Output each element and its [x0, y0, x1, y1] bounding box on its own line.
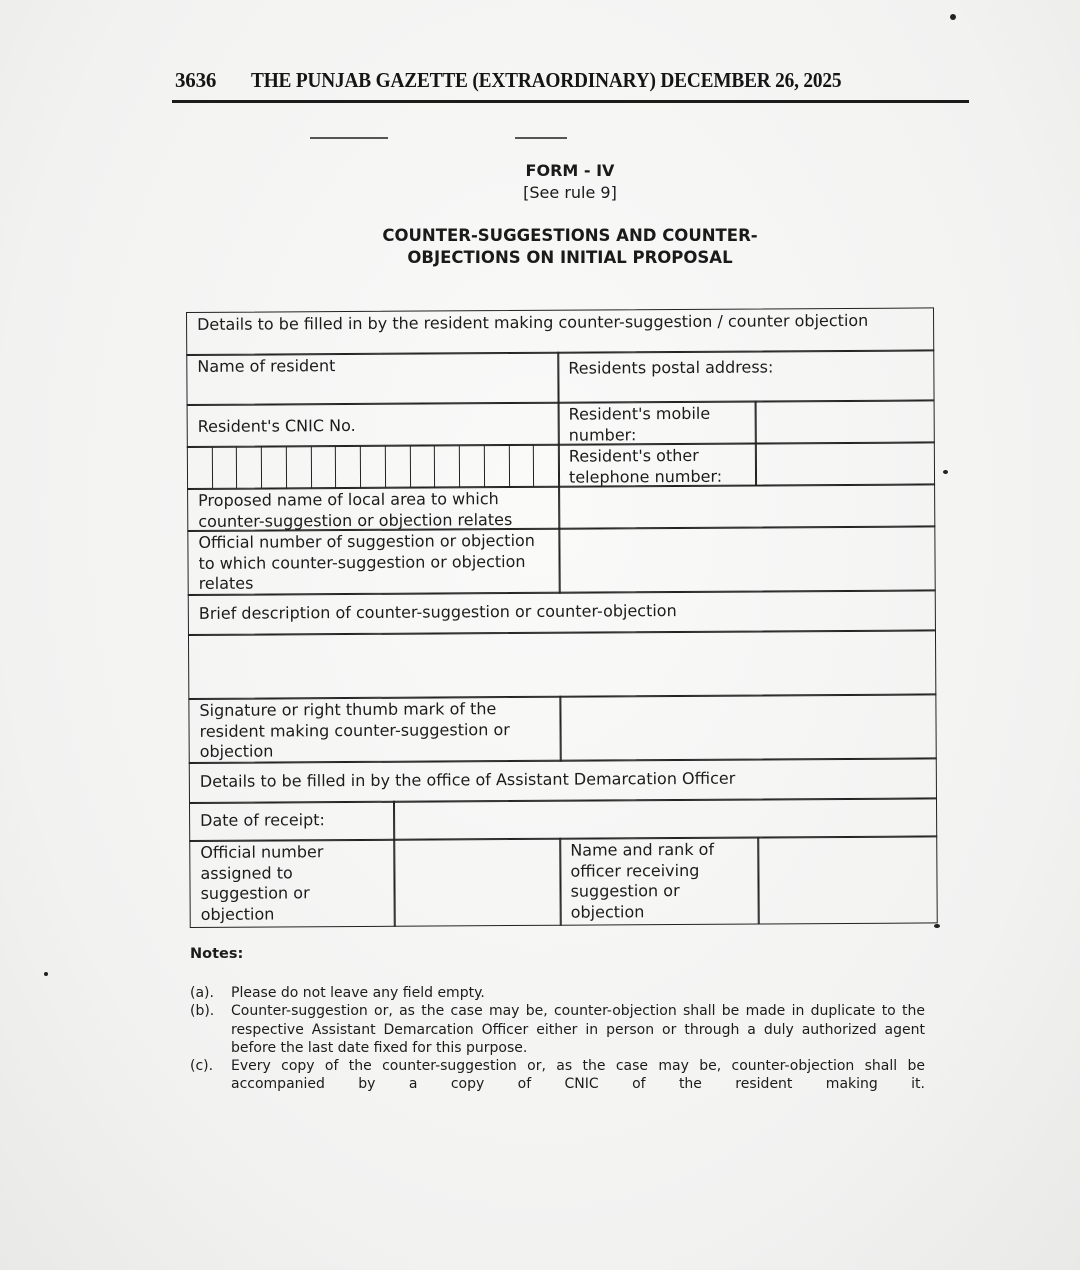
note-label: (b). [190, 1002, 214, 1020]
cnic-digit-box[interactable] [336, 446, 361, 488]
page-number: 3636 [175, 68, 216, 93]
mobile-number-input[interactable] [755, 399, 935, 444]
name-of-resident-field[interactable]: Name of resident [186, 352, 559, 406]
note-item: (b). Counter-suggestion or, as the case … [190, 1002, 925, 1057]
mobile-number-label: Resident's mobile number: [558, 401, 757, 446]
cnic-input-boxes[interactable] [187, 444, 560, 490]
official-number-assigned-label: Official number assigned to suggestion o… [189, 839, 396, 928]
scan-speck [934, 924, 940, 928]
other-telephone-input[interactable] [755, 441, 935, 486]
cnic-digit-box[interactable] [386, 446, 411, 488]
note-label: (a). [190, 984, 214, 1002]
cnic-digit-box[interactable] [262, 446, 287, 488]
rule-reference: [See rule 9] [360, 182, 780, 204]
note-text: Please do not leave any field empty. [231, 985, 485, 1001]
cnic-digit-box[interactable] [410, 445, 435, 487]
cnic-digit-box[interactable] [311, 446, 336, 488]
form-title: COUNTER-SUGGESTIONS AND COUNTER-OBJECTIO… [360, 225, 780, 269]
notes-title: Notes: [190, 946, 925, 962]
cnic-digit-box[interactable] [435, 445, 460, 487]
decorative-line [515, 137, 567, 139]
signature-label: Signature or right thumb mark of the res… [188, 696, 561, 764]
proposed-local-area-label: Proposed name of local area to which cou… [187, 486, 560, 532]
cnic-digit-box[interactable] [188, 447, 213, 489]
decorative-line [310, 137, 388, 139]
form-heading: FORM - IV [See rule 9] COUNTER-SUGGESTIO… [360, 160, 780, 269]
header-rule [172, 100, 969, 103]
office-section-header: Details to be filled in by the office of… [189, 757, 937, 804]
gazette-title: THE PUNJAB GAZETTE (EXTRAORDINARY) DECEM… [251, 68, 841, 93]
note-text: Counter-suggestion or, as the case may b… [231, 1003, 925, 1056]
note-item: (c). Every copy of the counter-suggestio… [190, 1057, 925, 1094]
cnic-digit-box[interactable] [237, 447, 262, 489]
cnic-label: Resident's CNIC No. [187, 402, 560, 448]
date-of-receipt-label: Date of receipt: [189, 801, 395, 842]
date-of-receipt-input[interactable] [393, 797, 937, 840]
official-number-assigned-input[interactable] [393, 838, 562, 927]
proposed-local-area-input[interactable] [558, 483, 935, 529]
form-number: FORM - IV [360, 160, 780, 182]
notes-section: Notes: (a). Please do not leave any fiel… [190, 946, 925, 1094]
gazette-page: 3636 THE PUNJAB GAZETTE (EXTRAORDINARY) … [0, 0, 1080, 1270]
cnic-digit-box[interactable] [509, 445, 534, 487]
note-text: Every copy of the counter-suggestion or,… [231, 1058, 925, 1092]
officer-name-rank-label: Name and rank of officer receiving sugge… [559, 837, 760, 926]
cnic-digit-box[interactable] [460, 445, 485, 487]
cnic-digit-box[interactable] [485, 445, 510, 487]
brief-description-label: Brief description of counter-suggestion … [188, 589, 936, 636]
note-label: (c). [190, 1057, 213, 1075]
official-number-suggestion-label: Official number of suggestion or objecti… [187, 528, 560, 596]
scan-speck [44, 972, 48, 976]
note-item: (a). Please do not leave any field empty… [190, 984, 925, 1002]
signature-input[interactable] [559, 693, 936, 761]
postal-address-field[interactable]: Residents postal address: [557, 349, 934, 403]
cnic-digit-box[interactable] [361, 446, 386, 488]
brief-description-input[interactable] [188, 629, 936, 700]
officer-name-rank-input[interactable] [757, 835, 938, 924]
resident-section-header: Details to be filled in by the resident … [186, 307, 934, 356]
other-telephone-label: Resident's other telephone number: [558, 443, 757, 488]
scan-speck [943, 470, 948, 474]
official-number-suggestion-input[interactable] [558, 525, 935, 593]
cnic-digit-box[interactable] [213, 447, 238, 489]
scan-speck [950, 14, 956, 20]
counter-objection-form: Details to be filled in by the resident … [186, 307, 938, 934]
cnic-digit-box[interactable] [287, 446, 312, 488]
